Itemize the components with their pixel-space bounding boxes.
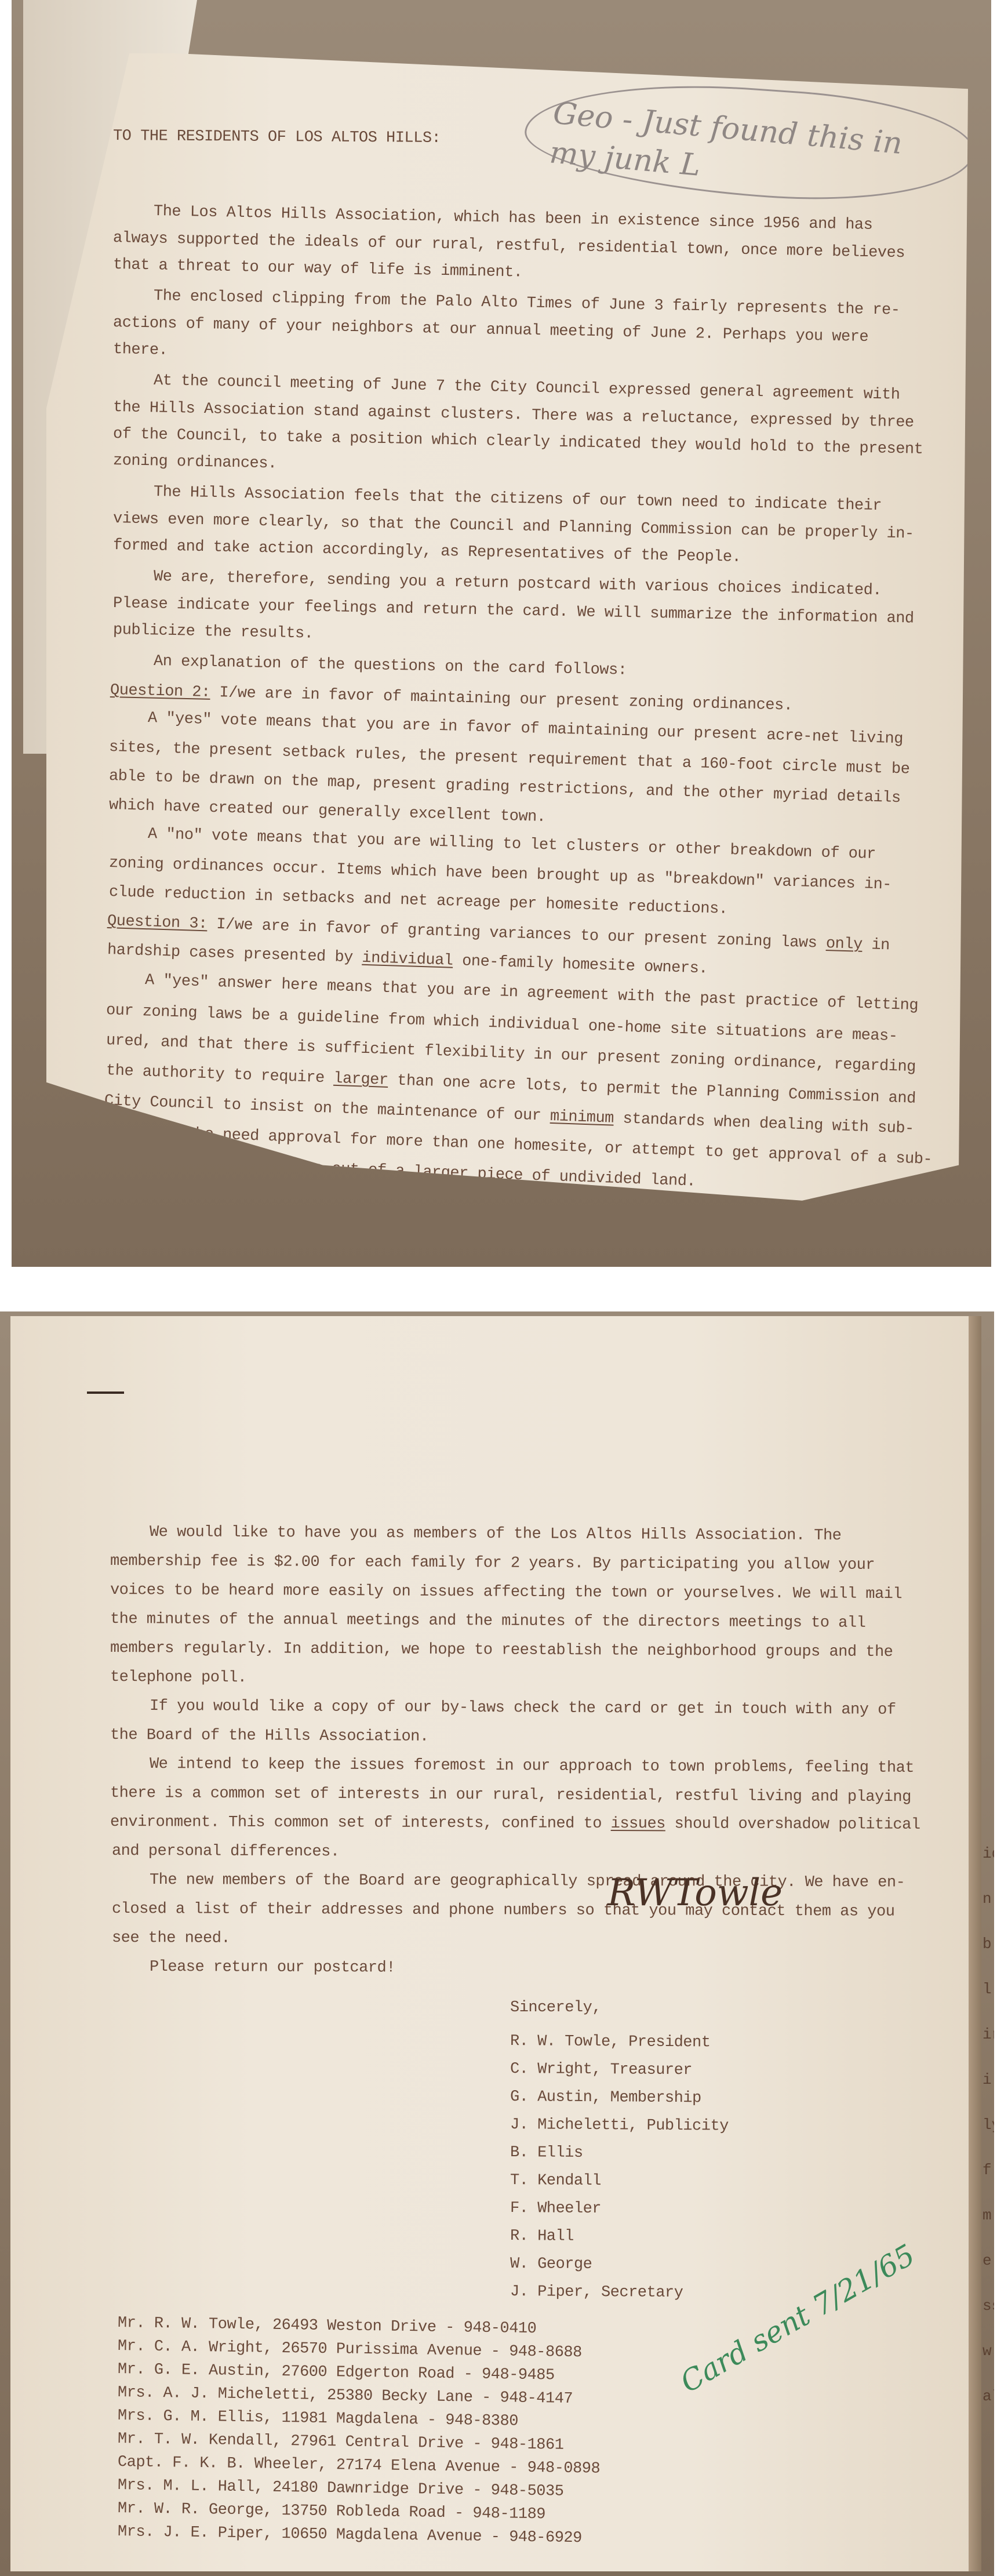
- bleed-through-fragment: f: [983, 2161, 992, 2179]
- text-span: A "no" vote is defined as being in favor…: [141, 1183, 888, 1226]
- paragraph-line: voices to be heard more easily on issues…: [110, 1583, 902, 1603]
- text-span: Capt. F. K. B. Wheeler, 27174 Elena Aven…: [118, 2454, 601, 2478]
- text-span: Sincerely,: [510, 1999, 601, 2017]
- bleed-through-fragment: al: [983, 2388, 994, 2405]
- question-3-explanation: A "no" vote is defined as being in favor…: [142, 1184, 889, 1226]
- paragraph-line: The Los Altos Hills Association, which h…: [154, 204, 873, 234]
- letter-page-2: We would like to have you as members of …: [10, 1316, 981, 2571]
- directory-entry: Mr. C. A. Wright, 26570 Purissima Avenue…: [118, 2339, 582, 2361]
- text-span: We would like to have you as members of …: [150, 1524, 842, 1545]
- photo-page-2: We would like to have you as members of …: [0, 1311, 994, 2576]
- text-span: We are, therefore, sending you a return …: [154, 568, 882, 600]
- text-span: We intend to keep the issues foremost in…: [150, 1756, 914, 1777]
- bleed-through-fragment: m: [983, 2207, 992, 2224]
- text-span: membership fee is $2.00 for each family …: [110, 1553, 875, 1574]
- underlined-emphasis: minimum: [550, 1108, 614, 1128]
- text-span: City Council to insist on the maintenanc…: [104, 1092, 550, 1125]
- question-2: Question 2: I/we are in favor of maintai…: [110, 683, 793, 714]
- text-span: publicize the results.: [113, 622, 314, 643]
- bleed-through-fragment: id: [983, 1845, 994, 1862]
- letter-page-1: Geo - Just found this in my junk L TO TH…: [46, 53, 968, 1236]
- text-span: W. George: [510, 2255, 592, 2273]
- directory-entry: Mrs. J. E. Piper, 10650 Magdalena Avenue…: [118, 2524, 582, 2546]
- text-span: standards when dealing with sub-: [613, 1110, 914, 1138]
- text-span: Mrs. J. E. Piper, 10650 Magdalena Avenue…: [118, 2523, 582, 2547]
- text-span: there.: [113, 341, 168, 359]
- directory-entry: Mr. T. W. Kendall, 27961 Central Drive -…: [118, 2432, 564, 2454]
- text-span: the Board of the Hills Association.: [110, 1727, 429, 1746]
- underlined-emphasis: larger: [333, 1070, 388, 1089]
- bleed-through-fragment: l: [983, 1981, 992, 1998]
- underlined-emphasis: Question 2:: [110, 682, 210, 702]
- text-span: telephone poll.: [110, 1669, 247, 1687]
- question-3-line: hardship cases presented by individual o…: [107, 943, 708, 978]
- paragraph-line: the Board of the Hills Association.: [110, 1728, 429, 1745]
- paragraph-line: The enclosed clipping from the Palo Alto…: [154, 289, 900, 319]
- board-member: R. W. Towle, President: [510, 2034, 711, 2051]
- paragraph-line: formed and take action accordingly, as R…: [113, 538, 741, 566]
- paragraph-line: telephone poll.: [110, 1670, 247, 1686]
- text-span: A "no" vote means that you are willing t…: [148, 826, 876, 863]
- paragraph-line: of the Council, to take a position which…: [113, 427, 923, 458]
- board-member: J. Micheletti, Publicity: [510, 2117, 729, 2135]
- bleed-through-fragment: w: [983, 2342, 992, 2360]
- text-span: views even more clearly, so that the Cou…: [113, 510, 914, 543]
- text-span: The Los Altos Hills Association, which h…: [154, 203, 873, 234]
- text-span: zoning ordinances.: [113, 452, 277, 473]
- text-span: one-family homesite owners.: [453, 953, 708, 978]
- text-span: always supported the ideals of our rural…: [113, 230, 905, 262]
- text-span: the minutes of the annual meetings and t…: [110, 1611, 865, 1632]
- text-span: clude reduction in setbacks and net acre…: [109, 884, 728, 918]
- text-span: formed and take action accordingly, as R…: [113, 537, 741, 566]
- directory-entry: Mr. W. R. George, 13750 Robleda Road - 9…: [118, 2501, 545, 2523]
- directory-entry: Mrs. M. L. Hall, 24180 Dawnridge Drive -…: [118, 2478, 564, 2500]
- text-span: The new members of the Board are geograp…: [150, 1872, 905, 1892]
- paragraph-line: At the council meeting of June 7 the Cit…: [154, 373, 900, 404]
- paragraph-line: Please return our postcard!: [150, 1960, 395, 1976]
- closing: Sincerely,: [510, 2000, 601, 2016]
- question-3-explanation: standard single homesite out of a larger…: [104, 1154, 696, 1190]
- text-span: B. Ellis: [510, 2144, 583, 2162]
- directory-entry: Mr. G. E. Austin, 27600 Edgerton Road - …: [118, 2362, 555, 2384]
- signature: RWTowle: [607, 1872, 783, 1914]
- text-span: F. Wheeler: [510, 2200, 601, 2218]
- paragraph-line: views even more clearly, so that the Cou…: [113, 511, 914, 543]
- text-span: voices to be heard more easily on issues…: [110, 1582, 902, 1603]
- salutation: TO THE RESIDENTS OF LOS ALTOS HILLS:: [113, 129, 441, 147]
- question-2-explanation: A "no" vote means that you are willing t…: [148, 827, 876, 863]
- text-span: Mrs. A. J. Micheletti, 25380 Becky Lane …: [118, 2384, 573, 2408]
- text-span: I/we are in favor of granting variances …: [207, 915, 826, 953]
- board-member: R. Hall: [510, 2229, 574, 2245]
- paragraph-line: members regularly. In addition, we hope …: [110, 1641, 893, 1661]
- board-member: G. Austin, Membership: [510, 2090, 701, 2106]
- text-span: and personal differences.: [112, 1843, 340, 1861]
- question-3-explanation: time, and would impose much stricter gui…: [104, 1214, 942, 1259]
- board-member: T. Kendall: [510, 2173, 601, 2189]
- text-span: Please return our postcard!: [150, 1959, 395, 1976]
- bleed-through-fragment: n: [983, 1890, 992, 1908]
- bleed-through-fragment: ir: [983, 2026, 994, 2043]
- text-span: If you would like a copy of our by-laws …: [150, 1698, 896, 1719]
- text-span: R. W. Towle, President: [510, 2033, 711, 2051]
- bleed-through-fragment: b: [983, 1935, 992, 1953]
- margin-dash: [87, 1391, 124, 1394]
- directory-entry: Mrs. G. M. Ellis, 11981 Magdalena - 948-…: [118, 2408, 518, 2430]
- text-span: hardship cases presented by: [107, 942, 362, 967]
- underlined-emphasis: only: [825, 935, 863, 954]
- paragraph-line: membership fee is $2.00 for each family …: [110, 1554, 875, 1574]
- paragraph-line: The new members of the Board are geograp…: [150, 1873, 905, 1891]
- paragraph-line: there is a common set of interests in ou…: [110, 1786, 911, 1805]
- paragraph-line: We intend to keep the issues foremost in…: [150, 1757, 914, 1776]
- text-span: members regularly. In addition, we hope …: [110, 1640, 893, 1661]
- text-span: that a threat to our way of life is immi…: [113, 256, 523, 282]
- paragraph-line: that a threat to our way of life is immi…: [113, 257, 523, 281]
- bleed-through-fragment: e: [983, 2252, 992, 2269]
- text-span: of the Council, to take a position which…: [113, 426, 923, 459]
- underlying-page-edge: [969, 1316, 981, 2571]
- paragraph-line: environment. This common set of interest…: [110, 1815, 920, 1833]
- text-span: should overshadow political: [665, 1815, 920, 1834]
- paragraph-line: Please indicate your feelings and return…: [113, 596, 914, 627]
- text-span: Mr. W. R. George, 13750 Robleda Road - 9…: [118, 2500, 545, 2523]
- text-span: environment. This common set of interest…: [110, 1814, 611, 1833]
- text-span: Please indicate your feelings and return…: [113, 595, 914, 628]
- text-span: J. Piper, Secretary: [510, 2283, 683, 2302]
- text-span: the authority to require: [105, 1062, 333, 1088]
- text-span: than one acre lots, to permit the Planni…: [388, 1072, 916, 1108]
- paragraph-line: zoning ordinances.: [113, 453, 277, 472]
- question-2-explanation: clude reduction in setbacks and net acre…: [109, 885, 728, 918]
- text-span: which have created our generally excelle…: [109, 797, 546, 826]
- text-span: actions of many of your neighbors at our…: [113, 314, 869, 346]
- text-span: Mrs. G. M. Ellis, 11981 Magdalena - 948-…: [118, 2407, 518, 2430]
- text-span: At the council meeting of June 7 the Cit…: [154, 372, 900, 404]
- underlined-emphasis: individual: [362, 950, 453, 970]
- underlined-emphasis: issues: [611, 1815, 665, 1833]
- paragraph-line: see the need.: [112, 1931, 230, 1947]
- paragraph-line: If you would like a copy of our by-laws …: [150, 1699, 896, 1718]
- text-span: there is a common set of interests in ou…: [110, 1785, 911, 1806]
- underlined-emphasis: Question 3:: [107, 913, 208, 933]
- bleed-through-fragment: i: [983, 2071, 992, 2088]
- directory-entry: Mrs. A. J. Micheletti, 25380 Becky Lane …: [118, 2385, 573, 2407]
- text-span: The Hills Association feels that the cit…: [154, 484, 882, 515]
- board-member: F. Wheeler: [510, 2201, 601, 2217]
- board-member: W. George: [510, 2257, 592, 2273]
- text-span: G. Austin, Membership: [510, 2088, 701, 2107]
- text-span: time, and would impose much stricter gui…: [104, 1213, 941, 1259]
- paragraph-line: and personal differences.: [112, 1844, 340, 1860]
- directory-entry: Capt. F. K. B. Wheeler, 27174 Elena Aven…: [118, 2455, 601, 2477]
- text-span: An explanation of the questions on the c…: [154, 653, 627, 680]
- directory-entry: Mr. R. W. Towle, 26493 Weston Drive - 94…: [118, 2316, 537, 2337]
- handwritten-card-sent-date: Card sent 7/21/65: [675, 2238, 920, 2399]
- text-span: Mrs. M. L. Hall, 24180 Dawnridge Drive -…: [118, 2477, 564, 2501]
- paragraph-line: We are, therefore, sending you a return …: [154, 569, 882, 599]
- paragraph-line: actions of many of your neighbors at our…: [113, 315, 869, 346]
- text-span: C. Wright, Treasurer: [510, 2061, 692, 2079]
- text-span: the Hills Association stand against clus…: [113, 399, 914, 432]
- question-2-explanation: which have created our generally excelle…: [109, 798, 546, 826]
- board-member: B. Ellis: [510, 2145, 583, 2161]
- text-span: The enclosed clipping from the Palo Alto…: [154, 288, 900, 319]
- text-span: Mr. C. A. Wright, 26570 Purissima Avenue…: [118, 2338, 582, 2361]
- paragraph-line: the Hills Association stand against clus…: [113, 400, 914, 431]
- paragraph-line: there.: [113, 342, 168, 359]
- paragraph-line: We would like to have you as members of …: [150, 1525, 842, 1544]
- text-span: I/we are in favor of maintaining our pre…: [210, 684, 792, 715]
- bleed-through-fragment: ss: [983, 2297, 994, 2315]
- paragraph-line: The Hills Association feels that the cit…: [154, 485, 882, 514]
- text-span: in: [862, 936, 890, 954]
- board-member: C. Wright, Treasurer: [510, 2062, 692, 2079]
- text-span: TO THE RESIDENTS OF LOS ALTOS HILLS:: [113, 128, 441, 147]
- paragraph-line: the minutes of the annual meetings and t…: [110, 1612, 865, 1632]
- text-span: R. Hall: [510, 2228, 574, 2246]
- text-span: T. Kendall: [510, 2172, 601, 2190]
- paragraph-line: publicize the results.: [113, 623, 314, 642]
- text-span: standard single homesite out of a larger…: [104, 1153, 696, 1191]
- text-span: see the need.: [112, 1930, 230, 1948]
- paragraph-line: An explanation of the questions on the c…: [154, 654, 627, 679]
- text-span: J. Micheletti, Publicity: [510, 2116, 729, 2135]
- text-span: Mr. G. E. Austin, 27600 Edgerton Road - …: [118, 2361, 555, 2385]
- question-2-explanation: A "yes" vote means that you are in favor…: [148, 711, 904, 747]
- text-span: Mr. R. W. Towle, 26493 Weston Drive - 94…: [118, 2315, 537, 2338]
- text-span: Mr. T. W. Kendall, 27961 Central Drive -…: [118, 2430, 564, 2454]
- paragraph-line: always supported the ideals of our rural…: [113, 231, 905, 261]
- board-member: J. Piper, Secretary: [510, 2284, 683, 2301]
- bleed-through-fragment: ly: [983, 2116, 994, 2134]
- photo-page-1: Geo - Just found this in my junk L TO TH…: [12, 0, 991, 1267]
